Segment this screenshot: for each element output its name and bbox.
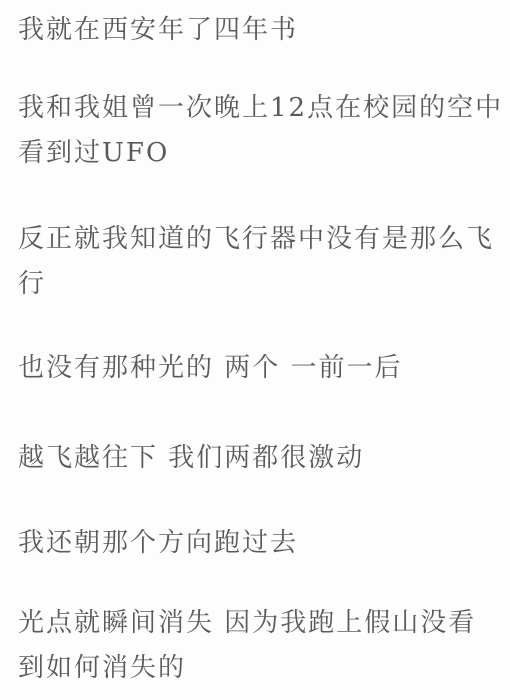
story-paragraph-5: 越飞越往下 我们两都很激动 [0,436,510,481]
story-paragraph-3: 反正就我知道的飞行器中没有是那么飞 行 [0,217,510,307]
story-paragraph-2: 我和我姐曾一次晚上12点在校园的空中 看到过UFO [0,86,510,176]
story-paragraph-7: 光点就瞬间消失 因为我跑上假山没看 到如何消失的 [0,601,510,691]
story-page: 我就在西安年了四年书 我和我姐曾一次晚上12点在校园的空中 看到过UFO 反正就… [0,8,510,700]
story-paragraph-4: 也没有那种光的 两个 一前一后 [0,346,510,391]
story-paragraph-6: 我还朝那个方向跑过去 [0,521,510,566]
story-text-block: 我就在西安年了四年书 我和我姐曾一次晚上12点在校园的空中 看到过UFO 反正就… [0,8,510,691]
story-paragraph-1: 我就在西安年了四年书 [0,8,510,53]
